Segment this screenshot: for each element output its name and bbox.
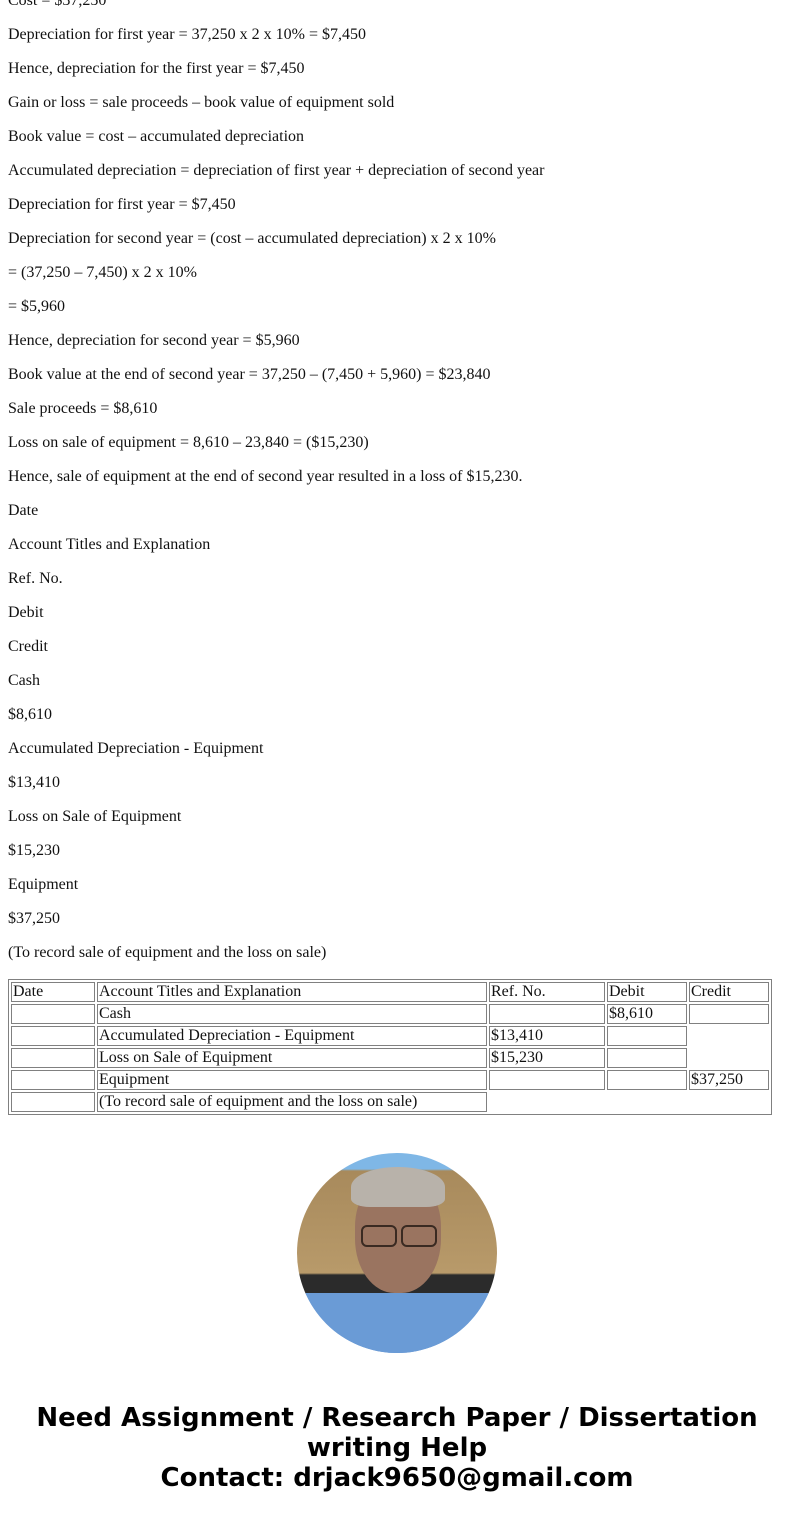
cell-date [11,1004,95,1024]
solution-line: Equipment [8,868,788,902]
cell-debit [607,1048,687,1068]
solution-line: Hence, depreciation for the first year =… [8,52,788,86]
cell-ref: $13,410 [489,1026,605,1046]
promo-line-1: Need Assignment / Research Paper / Disse… [0,1403,794,1433]
solution-line: $13,410 [8,766,788,800]
cell-account: Equipment [97,1070,487,1090]
solution-line: $37,250 [8,902,788,936]
solution-line: Date [8,494,788,528]
cell-account: Cash [97,1004,487,1024]
header-credit: Credit [689,982,769,1002]
solution-line: Debit [8,596,788,630]
cell-debit [607,1070,687,1090]
solution-line: $8,610 [8,698,788,732]
cell-ref [489,1070,605,1090]
solution-line: Book value = cost – accumulated deprecia… [8,120,788,154]
solution-line: Gain or loss = sale proceeds – book valu… [8,86,788,120]
solution-text: Cost = $37,250Depreciation for first yea… [8,0,788,970]
table-header-row: Date Account Titles and Explanation Ref.… [11,982,769,1002]
avatar-glasses-icon [361,1225,437,1245]
table-row: Equipment $37,250 [11,1070,769,1090]
avatar-shirt [297,1293,497,1353]
cell-debit [607,1026,687,1046]
solution-line: Depreciation for second year = (cost – a… [8,222,788,256]
table-row: (To record sale of equipment and the los… [11,1092,769,1112]
solution-line: = (37,250 – 7,450) x 2 x 10% [8,256,788,290]
cell-empty [689,1048,769,1068]
solution-line: Loss on sale of equipment = 8,610 – 23,8… [8,426,788,460]
solution-line: = $5,960 [8,290,788,324]
solution-line: $15,230 [8,834,788,868]
header-ref: Ref. No. [489,982,605,1002]
cell-account: Loss on Sale of Equipment [97,1048,487,1068]
solution-line: Accumulated Depreciation - Equipment [8,732,788,766]
avatar-hair [351,1167,445,1207]
solution-line: Hence, sale of equipment at the end of s… [8,460,788,494]
solution-line: Accumulated depreciation = depreciation … [8,154,788,188]
cell-ref: $15,230 [489,1048,605,1068]
cell-empty [489,1092,769,1112]
solution-line: Sale proceeds = $8,610 [8,392,788,426]
solution-line: (To record sale of equipment and the los… [8,936,788,970]
journal-entry-table: Date Account Titles and Explanation Ref.… [8,979,772,1115]
table-row: Cash $8,610 [11,1004,769,1024]
cell-debit: $8,610 [607,1004,687,1024]
cell-date [11,1026,95,1046]
cell-date [11,1092,95,1112]
header-account: Account Titles and Explanation [97,982,487,1002]
cell-credit: $37,250 [689,1070,769,1090]
promo-line-2: writing Help [0,1433,794,1463]
promo-banner: Need Assignment / Research Paper / Disse… [0,1403,794,1493]
solution-line: Credit [8,630,788,664]
header-date: Date [11,982,95,1002]
cell-account: Accumulated Depreciation - Equipment [97,1026,487,1046]
solution-line: Depreciation for first year = 37,250 x 2… [8,18,788,52]
cell-date [11,1048,95,1068]
journal-entry-table-wrapper: Date Account Titles and Explanation Ref.… [8,979,772,1115]
solution-line: Cost = $37,250 [8,0,788,18]
solution-line: Book value at the end of second year = 3… [8,358,788,392]
solution-line: Account Titles and Explanation [8,528,788,562]
cell-account: (To record sale of equipment and the los… [97,1092,487,1112]
solution-line: Cash [8,664,788,698]
promo-contact[interactable]: Contact: drjack9650@gmail.com [0,1463,794,1493]
cell-ref [489,1004,605,1024]
cell-empty [689,1026,769,1046]
table-row: Loss on Sale of Equipment $15,230 [11,1048,769,1068]
solution-line: Ref. No. [8,562,788,596]
cell-date [11,1070,95,1090]
solution-line: Loss on Sale of Equipment [8,800,788,834]
header-debit: Debit [607,982,687,1002]
table-row: Accumulated Depreciation - Equipment $13… [11,1026,769,1046]
solution-line: Hence, depreciation for second year = $5… [8,324,788,358]
solution-line: Depreciation for first year = $7,450 [8,188,788,222]
author-avatar [297,1153,497,1353]
cell-credit [689,1004,769,1024]
